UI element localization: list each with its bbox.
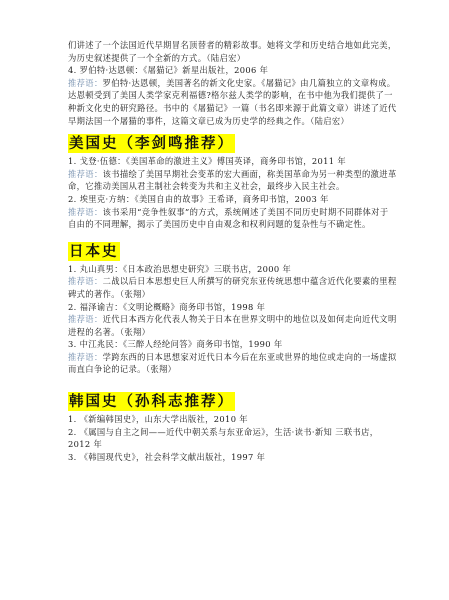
book-title-line: 2. 《属国与自主之间——近代中朝关系与东亚命运》，生活·读书·新知 三联书店， [68, 426, 388, 439]
section-heading: 韩国史（孙科志推荐） [68, 392, 235, 411]
recommendation-text: 该书描绘了美国早期社会变革的宏大画面，称美国革命为另一种类型的激进革 [103, 169, 397, 179]
recommendation-text: 二战以后日本思想史巨人所撰写的研究东亚传统思想中蕴含近代化要素的里程 [103, 276, 397, 286]
document-page: 们讲述了一个法国近代早期冒名顶替者的精彩故事。她将文学和历史结合地如此完美， 为… [68, 39, 388, 463]
recommendation-text: 近代日本西方化代表人物关于日本在世界文明中的地位以及如何走向近代文明 [103, 314, 397, 324]
recommendation-label: 推荐语： [68, 78, 103, 88]
recommendation-label: 推荐语： [68, 314, 103, 324]
recommendation-label: 推荐语： [68, 352, 103, 362]
recommendation-line: 推荐语：该书描绘了美国早期社会变革的宏大画面，称美国革命为另一种类型的激进革 [68, 168, 388, 181]
book-title-line: 1. 丸山真男：《日本政治思想史研究》三联书店，2000 年 [68, 263, 388, 276]
paragraph-line: 为历史叙述提供了一个全新的方式。（陆启宏） [68, 52, 388, 65]
recommendation-line: 而直白争论的记录。（张翔） [68, 363, 388, 376]
recommendation-line: 早期法国一个屠猫的事件，这篇文章已成为历史学的经典之作。（陆启宏） [68, 115, 388, 128]
book-title-line: 2. 埃里克·方纳：《美国自由的故事》王希译，商务印书馆，2003 年 [68, 193, 388, 206]
book-title-line: 2012 年 [68, 438, 388, 451]
book-title-line: 1. 戈登·伍德：《美国革命的激进主义》傅国英译，商务印书馆，2011 年 [68, 155, 388, 168]
book-title-line: 3. 中江兆民：《三醉人经纶问答》商务印书馆，1990 年 [68, 338, 388, 351]
book-title-line: 3. 《韩国现代史》，社会科学文献出版社，1997 年 [68, 451, 388, 464]
recommendation-line: 推荐语：罗伯特·达恩顿，美国著名的新文化史家。《屠猫记》由几篇独立的文章构成。 [68, 77, 388, 90]
recommendation-line: 推荐语：近代日本西方化代表人物关于日本在世界文明中的地位以及如何走向近代文明 [68, 313, 388, 326]
paragraph-line: 们讲述了一个法国近代早期冒名顶替者的精彩故事。她将文学和历史结合地如此完美， [68, 39, 388, 52]
recommendation-line: 进程的名著。（张翔） [68, 326, 388, 339]
recommendation-line: 推荐语：二战以后日本思想史巨人所撰写的研究东亚传统思想中蕴含近代化要素的里程 [68, 275, 388, 288]
section-heading: 日本史 [68, 242, 120, 261]
japan-history-section: 日本史 1. 丸山真男：《日本政治思想史研究》三联书店，2000 年 推荐语：二… [68, 235, 388, 376]
recommendation-line: 达恩顿受到了美国人类学家克利福德?格尔兹人类学的影响，在书中他为我们提供了一 [68, 89, 388, 102]
recommendation-line: 种新文化史的研究路径。书中的《屠猫记》一篇（书名即来源于此篇文章）讲述了近代 [68, 102, 388, 115]
recommendation-line: 碑式的著作。（张翔） [68, 288, 388, 301]
france-section-tail: 们讲述了一个法国近代早期冒名顶替者的精彩故事。她将文学和历史结合地如此完美， 为… [68, 39, 388, 127]
recommendation-line: 自由的不同理解，揭示了美国历史中自由观念和权利问题的复杂性与不确定性。 [68, 218, 388, 231]
recommendation-line: 推荐语：该书采用“竞争性叙事”的方式，系统阐述了美国不同历史时期不同群体对于 [68, 206, 388, 219]
recommendation-line: 推荐语：学跨东西的日本思想家对近代日本今后在东亚或世界的地位或走向的一场虚拟 [68, 351, 388, 364]
book-title-line: 4. 罗伯特·达恩顿：《屠猫记》新星出版社，2006 年 [68, 64, 388, 77]
recommendation-text: 该书采用“竞争性叙事”的方式，系统阐述了美国不同历史时期不同群体对于 [103, 207, 389, 217]
recommendation-label: 推荐语： [68, 276, 103, 286]
section-heading: 美国史（李剑鸣推荐） [68, 134, 235, 153]
book-title-line: 2. 福泽谕吉：《文明论概略》商务印书馆，1998 年 [68, 301, 388, 314]
recommendation-label: 推荐语： [68, 207, 103, 217]
recommendation-label: 推荐语： [68, 169, 103, 179]
us-history-section: 美国史（李剑鸣推荐） 1. 戈登·伍德：《美国革命的激进主义》傅国英译，商务印书… [68, 127, 388, 231]
recommendation-text: 学跨东西的日本思想家对近代日本今后在东亚或世界的地位或走向的一场虚拟 [103, 352, 397, 362]
recommendation-line: 命，它推动美国从君主制社会转变为共和主义社会，最终步入民主社会。 [68, 180, 388, 193]
korea-history-section: 韩国史（孙科志推荐） 1. 《新编韩国史》，山东大学出版社，2010 年 2. … [68, 385, 388, 463]
book-title-line: 1. 《新编韩国史》，山东大学出版社，2010 年 [68, 413, 388, 426]
recommendation-text: 罗伯特·达恩顿，美国著名的新文化史家。《屠猫记》由几篇独立的文章构成。 [103, 78, 396, 88]
